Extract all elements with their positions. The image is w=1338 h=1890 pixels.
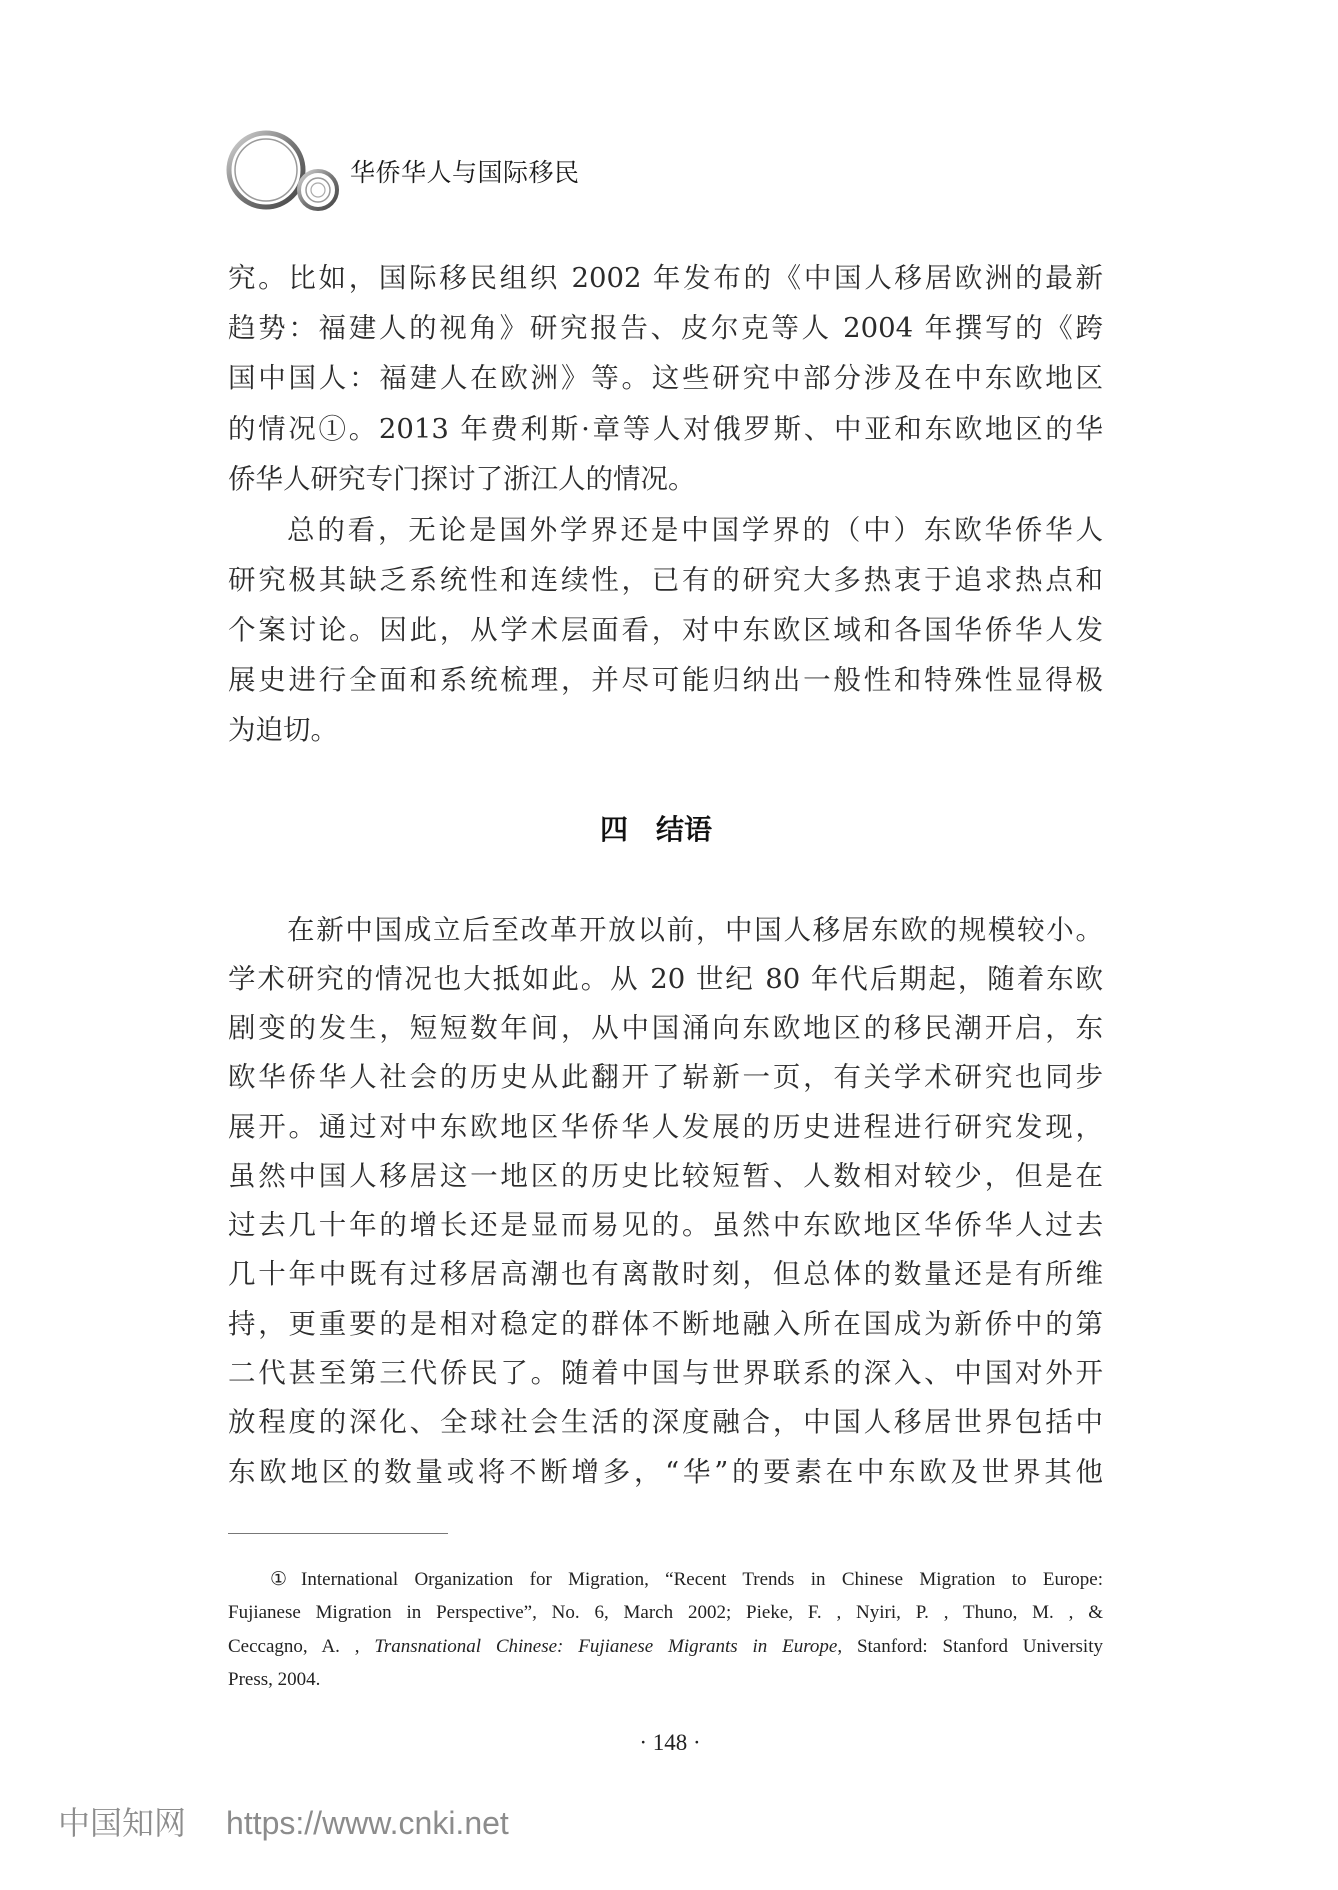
text-line: 总的看，无论是国外学界还是中国学界的（中）东欧华侨华人 xyxy=(228,510,1103,550)
text-line: 几十年中既有过移居高潮也有离散时刻，但总体的数量还是有所维 xyxy=(228,1254,1103,1294)
page-number: · 148 · xyxy=(600,1727,740,1759)
running-header-title: 华侨华人与国际移民 xyxy=(350,155,580,191)
footnote-mark: ① xyxy=(270,1565,287,1595)
text-line: 展史进行全面和系统梳理，并尽可能归纳出一般性和特殊性显得极 xyxy=(228,660,1103,700)
text-line: 剧变的发生，短短数年间，从中国涌向东欧地区的移民潮开启，东 xyxy=(228,1008,1103,1048)
text-line: 究。比如，国际移民组织 2002 年发布的《中国人移居欧洲的最新 xyxy=(228,258,1103,298)
text-line: 侨华人研究专门探讨了浙江人的情况。 xyxy=(228,459,1103,499)
footnote-line: Fujianese Migration in Perspective”, No.… xyxy=(228,1598,1103,1628)
text-line: 持，更重要的是相对稳定的群体不断地融入所在国成为新侨中的第 xyxy=(228,1304,1103,1344)
watermark-site-name: 中国知网 xyxy=(58,1805,186,1841)
text-line: 研究极其缺乏系统性和连续性，已有的研究大多热衷于追求热点和 xyxy=(228,560,1103,600)
text-line: 个案讨论。因此，从学术层面看，对中东欧区域和各国华侨华人发 xyxy=(228,610,1103,650)
text-line: 东欧地区的数量或将不断增多，“华”的要素在中东欧及世界其他 xyxy=(228,1452,1103,1492)
book-title: Transnational Chinese: Fujianese Migrant… xyxy=(374,1636,837,1657)
text-line: 过去几十年的增长还是显而易见的。虽然中东欧地区华侨华人过去 xyxy=(228,1205,1103,1245)
watermark-url: https://www.cnki.net xyxy=(226,1805,509,1841)
text-line: 学术研究的情况也大抵如此。从 20 世纪 80 年代后期起，随着东欧 xyxy=(228,959,1103,999)
footnote-line: Press, 2004. xyxy=(228,1665,1103,1695)
cnki-watermark: 中国知网https://www.cnki.net xyxy=(58,1800,509,1846)
text-line: 趋势：福建人的视角》研究报告、皮尔克等人 2004 年撰写的《跨 xyxy=(228,308,1103,348)
text-line: 为迫切。 xyxy=(228,710,1103,750)
text-line: 在新中国成立后至改革开放以前，中国人移居东欧的规模较小。 xyxy=(228,910,1103,950)
footnote-divider xyxy=(228,1533,448,1534)
text-line: 二代甚至第三代侨民了。随着中国与世界联系的深入、中国对外开 xyxy=(228,1353,1103,1393)
section-heading: 四 结语 xyxy=(600,810,712,850)
concentric-rings-logo-icon xyxy=(226,128,342,214)
text-line: 的情况①。2013 年费利斯·章等人对俄罗斯、中亚和东欧地区的华 xyxy=(228,409,1103,449)
text-line: 国中国人：福建人在欧洲》等。这些研究中部分涉及在中东欧地区 xyxy=(228,358,1103,398)
footnote-line: ①International Organization for Migratio… xyxy=(228,1565,1103,1595)
text-line: 虽然中国人移居这一地区的历史比较短暂、人数相对较少，但是在 xyxy=(228,1156,1103,1196)
text-line: 展开。通过对中东欧地区华侨华人发展的历史进程进行研究发现， xyxy=(228,1107,1103,1147)
text-line: 放程度的深化、全球社会生活的深度融合，中国人移居世界包括中 xyxy=(228,1402,1103,1442)
text-line: 欧华侨华人社会的历史从此翻开了崭新一页，有关学术研究也同步 xyxy=(228,1057,1103,1097)
footnote-line: Ceccagno, A. , Transnational Chinese: Fu… xyxy=(228,1632,1103,1662)
